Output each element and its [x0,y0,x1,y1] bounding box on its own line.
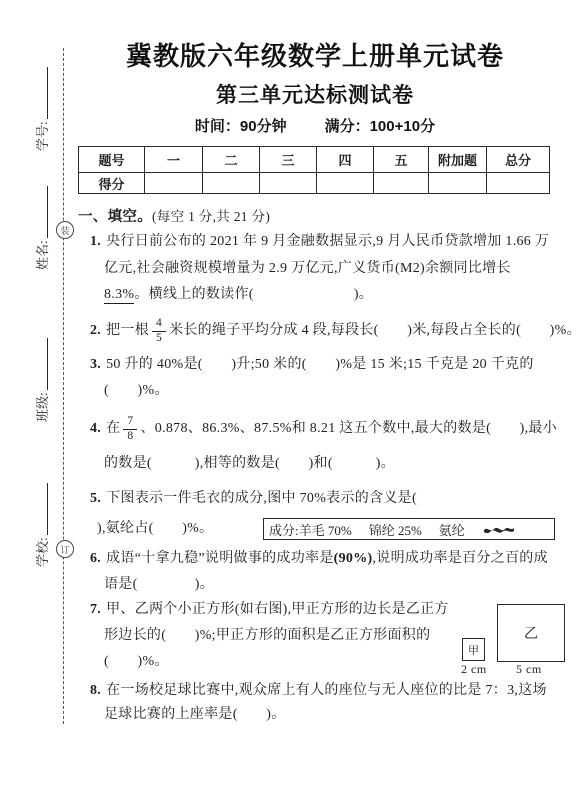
question-text: 成语“十拿九稳”说明做事的成功率是 [106,551,334,566]
class-fill-line [35,338,48,390]
section-points-note: (每空 1 分,共 21 分) [152,209,270,224]
square-jia-label: 甲 [468,642,479,658]
question-1-line-2: 亿元,社会融资规模增量为 2.9 万亿元,广义货币(M2)余额同比增长 [104,261,511,277]
school-label: 学校: [32,537,51,567]
question-number-header: 题号 [79,147,145,173]
question-text: 下图表示一件毛衣的成分,图中 70%表示的含义是( [106,491,417,506]
sweater-composition-box: 成分:羊毛 70% 锦纶 25% 氨纶 [263,518,555,540]
paper-subtitle: 第三单元达标测试卷 [80,79,550,109]
dimension-2cm: 2 cm [461,662,487,677]
question-text: 足球比赛的上座率是( )。 [104,707,286,722]
question-2-line-1: 2.把一根45米长的绳子平均分成 4 段,每段长( )米,每段占全长的( )%。 [90,318,581,344]
score-cell [317,173,374,194]
fraction-denominator: 8 [123,430,137,443]
student-id-fill-line [35,67,48,119]
highlighted-value: (90%) [334,551,373,566]
question-1-line-3: 8.3%。横线上的数读作( )。 [104,287,373,303]
score-row-label: 得分 [79,173,145,194]
dimension-5cm: 5 cm [516,662,542,677]
class-field: 班级: [32,322,50,422]
question-number: 6. [90,551,101,566]
fraction-seven-eighths: 78 [123,416,137,442]
column-five: 五 [374,147,429,173]
question-6-line-1: 6.成语“十拿九稳”说明做事的成功率是(90%),说明成功率是百分之百的成 [90,551,548,567]
fraction-numerator: 7 [123,416,137,430]
score-table-header-row: 题号 一 二 三 四 五 附加题 总分 [79,147,550,173]
question-text: 央行日前公布的 2021 年 9 月金融数据显示,9 月人民币贷款增加 1.66… [106,234,549,249]
question-6-line-2: 语是( )。 [104,577,214,593]
school-field: 学校: [32,467,50,567]
question-7-line-2: 形边长的( )%;甲正方形的面积是乙正方形面积的 [104,628,430,644]
score-table: 题号 一 二 三 四 五 附加题 总分 得分 [78,146,550,194]
question-8-line-2: 足球比赛的上座率是( )。 [104,707,286,723]
question-3-line-1: 3.50 升的 40%是( )升;50 米的( )%是 15 米;15 千克是 … [90,357,534,373]
question-1-line-1: 1.央行日前公布的 2021 年 9 月金融数据显示,9 月人民币贷款增加 1.… [90,234,549,250]
score-cell [145,173,203,194]
question-text: ( )%。 [104,383,169,398]
question-text: 米长的绳子平均分成 4 段,每段长( )米,每段占全长的( )%。 [169,323,581,338]
question-text: 。横线上的数读作( )。 [134,287,373,302]
binding-seal-bottom: 订 [56,540,74,558]
column-two: 二 [203,147,260,173]
question-text: 、0.878、86.3%、87.5%和 8.21 这五个数中,最大的数是( ),… [140,421,557,436]
question-text: 的数是( ),相等的数是( )和( )。 [104,456,395,471]
question-8-line-1: 8.在一场校足球比赛中,观众席上有人的座位与无人座位的比是 7：3,这场 [90,683,547,699]
fraction-denominator: 5 [152,332,166,345]
question-5-line-1: 5.下图表示一件毛衣的成分,图中 70%表示的含义是( [90,491,417,507]
column-total: 总分 [487,147,550,173]
class-label: 班级: [32,392,51,422]
question-4-line-2: 的数是( ),相等的数是( )和( )。 [104,456,395,472]
question-4-line-1: 4.在78、0.878、86.3%、87.5%和 8.21 这五个数中,最大的数… [90,416,557,442]
composition-spandex: 氨纶 [439,520,465,539]
fraction-numerator: 4 [152,318,166,332]
composition-nylon: 锦纶 25% [369,520,422,539]
paper-title: 冀教版六年级数学上册单元试卷 [80,36,550,73]
question-text: 在 [106,421,120,436]
seal-character: 订 [60,543,69,556]
score-cell [260,173,317,194]
square-yi: 乙 [497,604,565,662]
section-1-heading: 一、填空。(每空 1 分,共 21 分) [78,209,270,226]
question-text: ( )%。 [104,654,169,669]
question-number: 5. [90,491,101,506]
score-cell [203,173,260,194]
column-one: 一 [145,147,203,173]
exam-info-line: 时间：90分钟 满分：100+10分 [80,115,550,136]
seal-character: 装 [60,224,69,237]
square-yi-label: 乙 [524,623,538,643]
question-text: 50 升的 40%是( )升;50 米的( )%是 15 米;15 千克是 20… [106,357,534,372]
score-cell [487,173,550,194]
question-number: 7. [90,602,101,617]
question-text: 亿元,社会融资规模增量为 2.9 万亿元,广义货币(M2)余额同比增长 [104,261,511,276]
question-text: 甲、乙两个小正方形(如右图),甲正方形的边长是乙正方 [106,602,449,617]
time-info: 时间：90分钟 [195,115,287,136]
student-id-label: 学号: [32,121,51,151]
binding-seal-top: 装 [56,221,74,239]
question-text: ,说明成功率是百分之百的成 [372,551,547,566]
underlined-value: 8.3% [104,287,134,304]
score-cell [429,173,487,194]
exam-page: 学号: 姓名: 班级: 学校: 装 订 冀教版六年级数学上册单元试卷 第三单元达… [0,0,588,800]
fraction-four-fifths: 45 [152,318,166,344]
composition-wool: 成分:羊毛 70% [269,520,352,539]
student-id-field: 学号: [32,51,50,151]
score-cell [374,173,429,194]
column-three: 三 [260,147,317,173]
binding-dashed-line [63,48,64,724]
name-label: 姓名: [32,240,51,270]
column-bonus: 附加题 [429,147,487,173]
name-fill-line [35,186,48,238]
question-5-line-2: ),氨纶占( )%。 [97,521,213,537]
question-number: 3. [90,357,101,372]
question-number: 4. [90,421,101,436]
section-title: 一、填空。 [78,209,152,225]
question-text: 形边长的( )%;甲正方形的面积是乙正方形面积的 [104,628,430,643]
school-fill-line [35,483,48,535]
question-3-line-2: ( )%。 [104,383,169,399]
full-score-info: 满分：100+10分 [325,115,435,136]
question-7-line-3: ( )%。 [104,654,169,670]
column-four: 四 [317,147,374,173]
name-field: 姓名: [32,170,50,270]
smudge-mark-icon [484,525,514,534]
question-text: 把一根 [106,323,149,338]
score-row: 得分 [79,173,550,194]
question-text: ),氨纶占( )%。 [97,521,213,536]
question-number: 1. [90,234,101,249]
question-text: 语是( )。 [104,577,214,592]
square-jia: 甲 [462,638,485,661]
question-number: 2. [90,323,101,338]
question-7-line-1: 7.甲、乙两个小正方形(如右图),甲正方形的边长是乙正方 [90,602,449,618]
question-number: 8. [90,683,101,698]
question-text: 在一场校足球比赛中,观众席上有人的座位与无人座位的比是 7：3,这场 [106,683,547,698]
